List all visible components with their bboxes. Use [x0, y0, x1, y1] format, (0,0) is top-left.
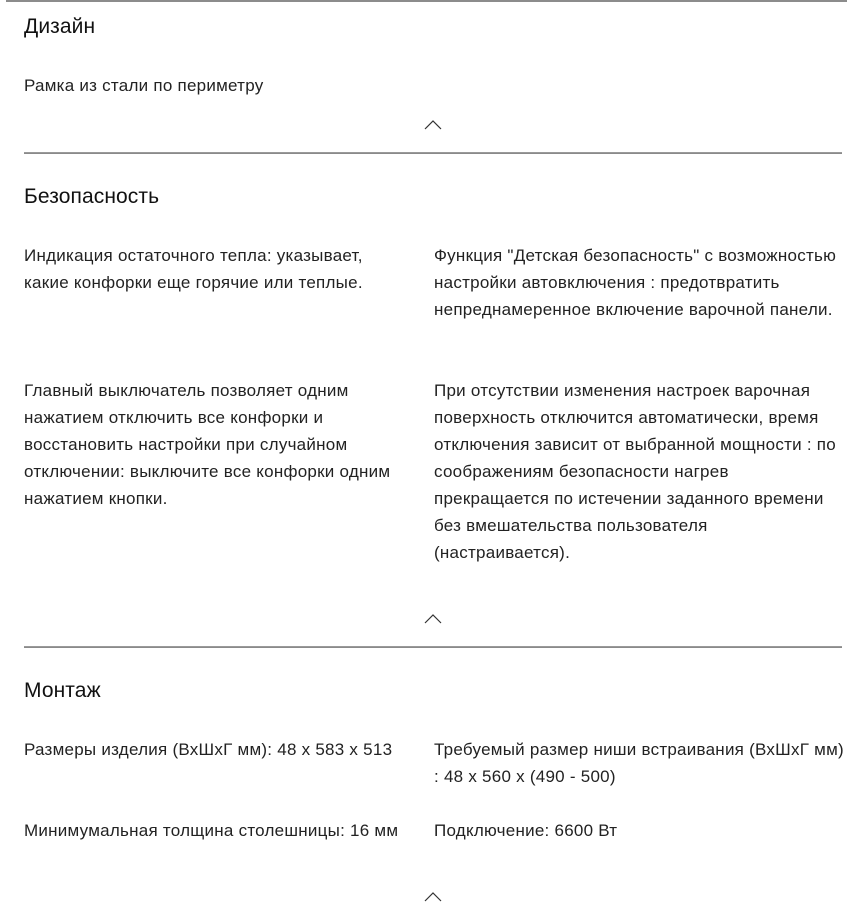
spec-item: Требуемый размер ниши встраивания (ВхШхГ… [434, 736, 844, 790]
top-divider [6, 0, 847, 2]
spec-item: При отсутствии изменения настроек варочн… [434, 377, 844, 566]
chevron-up-icon [424, 614, 442, 624]
spec-item: Индикация остаточного тепла: указывает, … [24, 242, 409, 296]
chevron-up-icon [424, 120, 442, 130]
section-title-safety: Безопасность [24, 183, 159, 211]
chevron-up-icon [424, 892, 442, 902]
section-divider [24, 152, 842, 154]
collapse-design-button[interactable] [424, 120, 442, 130]
spec-item: Подключение: 6600 Вт [434, 817, 844, 844]
section-title-installation: Монтаж [24, 677, 101, 705]
spec-item: Функция "Детская безопасность" с возможн… [434, 242, 844, 323]
section-divider [24, 646, 842, 648]
collapse-installation-button[interactable] [424, 892, 442, 902]
spec-item: Рамка из стали по периметру [24, 72, 624, 99]
spec-item: Размеры изделия (ВхШхГ мм): 48 x 583 x 5… [24, 736, 409, 763]
spec-item: Главный выключатель позволяет одним нажа… [24, 377, 409, 512]
section-title-design: Дизайн [24, 13, 95, 41]
spec-item: Минимумальная толщина столешницы: 16 мм [24, 817, 409, 844]
collapse-safety-button[interactable] [424, 614, 442, 624]
